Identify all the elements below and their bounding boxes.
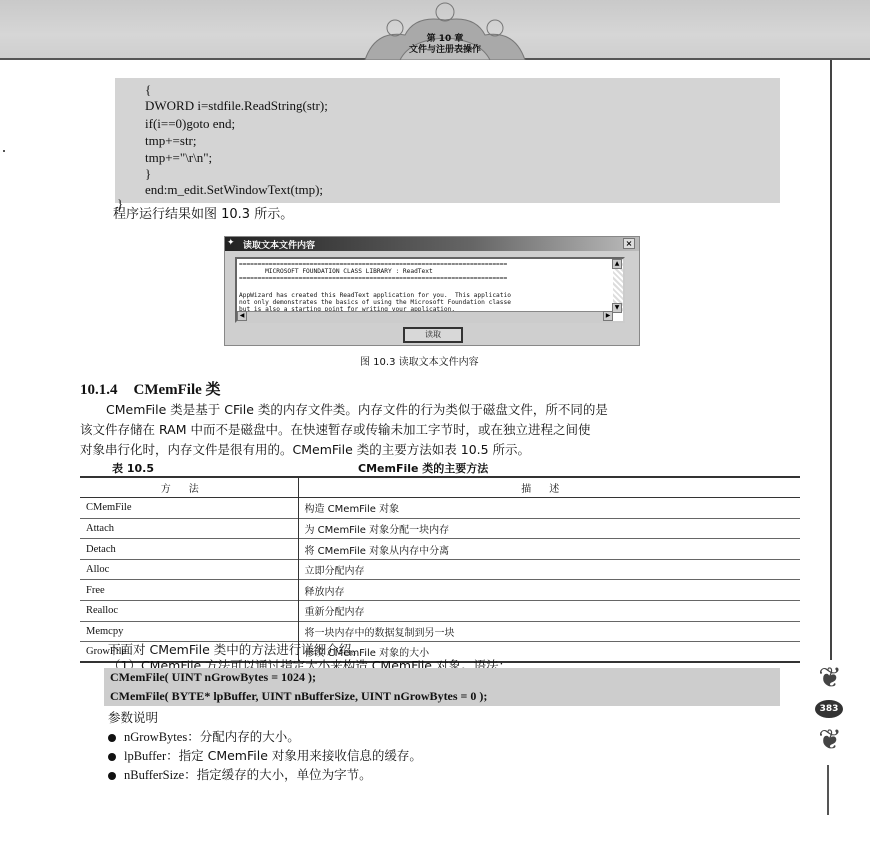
chapter-header-band: 第 10 章 文件与注册表操作 [0,0,870,60]
method-description: 为 CMemFile 对象分配一块内存 [298,518,800,539]
code-line: DWORD i=stdfile.ReadString(str); [145,98,328,114]
edit-line: not only demonstrates the basics of usin… [239,299,511,306]
param-desc: ：分配内存的大小。 [187,729,300,744]
code-line: tmp+=str; [145,133,197,149]
method-name: Attach [80,518,298,539]
column-header-method: 方法 [80,477,298,498]
method-description: 重新分配内存 [298,601,800,622]
result-text: 程序运行结果如图 10.3 所示。 [113,203,293,222]
table-title: CMemFile 类的主要方法 [358,460,488,476]
scroll-right-icon[interactable]: ▶ [603,311,613,321]
scroll-left-icon[interactable]: ◀ [237,311,247,321]
method-name: Detach [80,539,298,560]
table-row: Alloc立即分配内存 [80,559,800,580]
methods-table: 方法 描述 CMemFile构造 CMemFile 对象 Attach为 CMe… [80,476,800,663]
table-row: Memcpy将一块内存中的数据复制到另一块 [80,621,800,642]
table-row: Realloc重新分配内存 [80,601,800,622]
table-row: Attach为 CMemFile 对象分配一块内存 [80,518,800,539]
scroll-down-icon[interactable]: ▼ [612,303,622,313]
app-icon: ✦ [227,238,235,248]
method-description: 将 CMemFile 对象从内存中分离 [298,539,800,560]
param-item: nGrowBytes：分配内存的大小。 [108,727,300,745]
read-button[interactable]: 读取 [403,327,463,343]
method-description: 将一块内存中的数据复制到另一块 [298,621,800,642]
param-item: nBufferSize：指定缓存的大小，单位为字节。 [108,765,372,783]
method-name: Free [80,580,298,601]
code-line: { [145,82,151,98]
syntax-line: CMemFile( BYTE* lpBuffer, UINT nBufferSi… [110,689,487,704]
table-row: CMemFile构造 CMemFile 对象 [80,498,800,519]
chapter-number: 第 10 章 [370,34,520,45]
chapter-title: 第 10 章 文件与注册表操作 [370,34,520,56]
horizontal-scrollbar[interactable]: ◀ ▶ [237,311,613,321]
chapter-name: 文件与注册表操作 [370,45,520,56]
method-description: 立即分配内存 [298,559,800,580]
method-name: Realloc [80,601,298,622]
param-term: lpBuffer [124,749,166,763]
close-icon[interactable]: × [623,238,635,249]
dragon-ornament-icon: ❦ [812,660,848,696]
code-line: tmp+="\r\n"; [145,150,212,166]
param-desc: ：指定缓存的大小，单位为字节。 [184,767,372,782]
read-text-dialog: ✦ 读取文本文件内容 × ===========================… [224,236,640,346]
param-desc: ：指定 CMemFile 对象用来接收信息的缓存。 [166,748,422,763]
paragraph-line: 该文件存储在 RAM 中而不是磁盘中。在快速暂存或传输未加工字节时，或在独立进程… [80,420,800,440]
method-name: CMemFile [80,498,298,519]
text-edit-box[interactable]: ========================================… [235,257,625,323]
code-block: { DWORD i=stdfile.ReadString(str); if(i=… [115,78,780,203]
dialog-title: 读取文本文件内容 [243,238,315,251]
method-name: Alloc [80,559,298,580]
figure-caption: 图 10.3 读取文本文件内容 [360,353,479,368]
params-heading: 参数说明 [108,708,158,726]
dragon-ornament-icon: ❦ [812,722,848,758]
edit-line: MICROSOFT FOUNDATION CLASS LIBRARY : Rea… [239,268,433,275]
param-item: lpBuffer：指定 CMemFile 对象用来接收信息的缓存。 [108,746,422,764]
page-number: 383 [815,700,843,718]
bullet-icon [108,772,116,780]
method-description: 构造 CMemFile 对象 [298,498,800,519]
vertical-scrollbar[interactable]: ▲ ▼ [613,259,623,313]
syntax-code-block: CMemFile( UINT nGrowBytes = 1024 ); CMem… [104,668,780,706]
section-title: CMemFile 类 [134,382,221,398]
code-line: if(i==0)goto end; [145,116,235,132]
edit-line: ========================================… [239,261,507,268]
scroll-up-icon[interactable]: ▲ [612,259,622,269]
table-row: Free释放内存 [80,580,800,601]
intro-paragraph: CMemFile 类是基于 CFile 类的内存文件类。内存文件的行为类似于磁盘… [80,400,800,460]
section-heading: 10.1.4CMemFile 类 [80,378,221,399]
syntax-line: CMemFile( UINT nGrowBytes = 1024 ); [110,670,316,685]
table-number: 表 10.5 [112,460,154,476]
paragraph-line: 对象串行化时，内存文件是很有用的。CMemFile 类的主要方法如表 10.5 … [80,440,800,460]
margin-rule [830,60,832,660]
dialog-titlebar: ✦ 读取文本文件内容 × [225,237,639,251]
code-line: } [145,166,151,182]
margin-rule [827,765,829,815]
param-term: nGrowBytes [124,730,187,744]
param-term: nBufferSize [124,768,184,782]
column-header-description: 描述 [298,477,800,498]
method-description: 释放内存 [298,580,800,601]
paragraph-line: CMemFile 类是基于 CFile 类的内存文件类。内存文件的行为类似于磁盘… [80,400,800,420]
scan-speck [3,150,5,152]
code-line: end:m_edit.SetWindowText(tmp); [145,182,323,198]
bullet-icon [108,734,116,742]
bullet-icon [108,753,116,761]
table-row: Detach将 CMemFile 对象从内存中分离 [80,539,800,560]
section-number: 10.1.4 [80,382,118,398]
table-header-row: 方法 描述 [80,477,800,498]
edit-line: ========================================… [239,275,507,282]
edit-line: AppWizard has created this ReadText appl… [239,292,511,299]
method-name: Memcpy [80,621,298,642]
